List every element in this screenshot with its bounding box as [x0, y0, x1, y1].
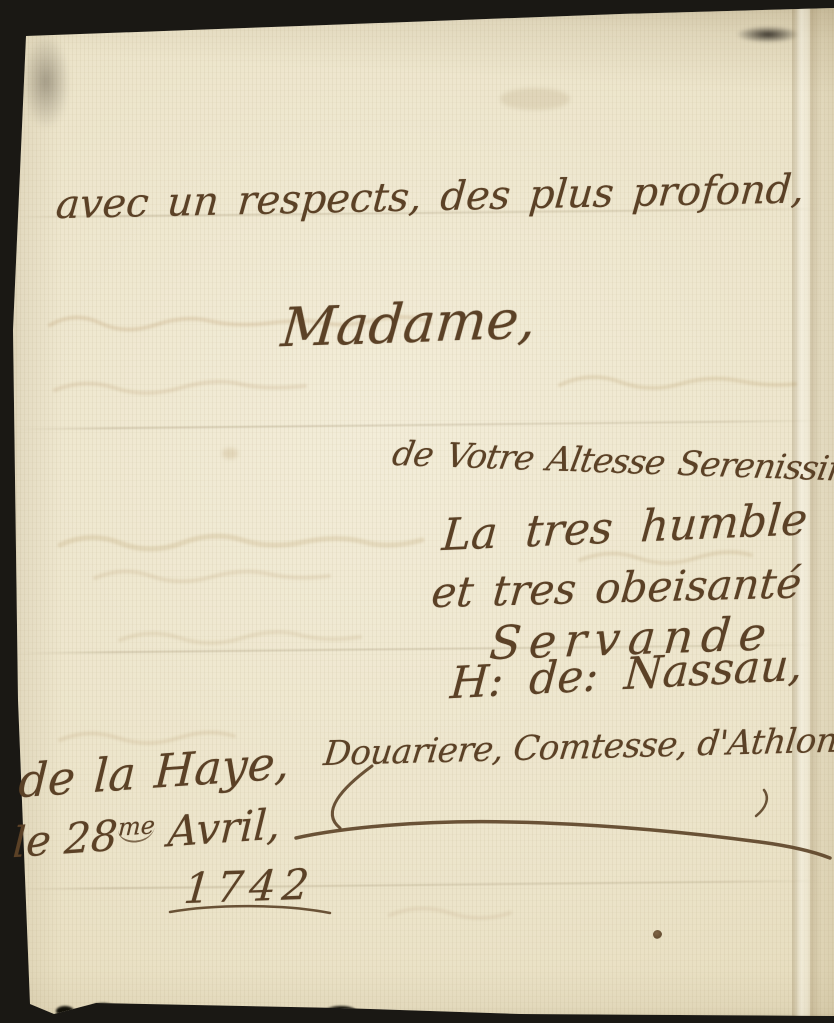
line-year: 1742	[182, 861, 317, 912]
date-day: le 28	[12, 811, 119, 868]
date-month: Avril,	[153, 799, 281, 857]
top-grime-band	[0, 0, 834, 34]
crease-line	[16, 420, 822, 430]
edge-blotch	[736, 26, 800, 43]
foxing-spot	[500, 88, 570, 110]
foxing-spot	[222, 448, 238, 459]
date-superscript: me	[117, 811, 155, 844]
scan-background: avec un respects, des plus profond, Mada…	[0, 0, 834, 1023]
ink-blot	[653, 930, 662, 939]
corner-smudge	[22, 34, 70, 129]
edge-nick	[90, 1003, 116, 1015]
crease-line	[16, 880, 822, 890]
edge-nick	[326, 1006, 356, 1016]
edge-nick	[56, 1006, 74, 1016]
line-salutation: Madame,	[279, 289, 539, 357]
